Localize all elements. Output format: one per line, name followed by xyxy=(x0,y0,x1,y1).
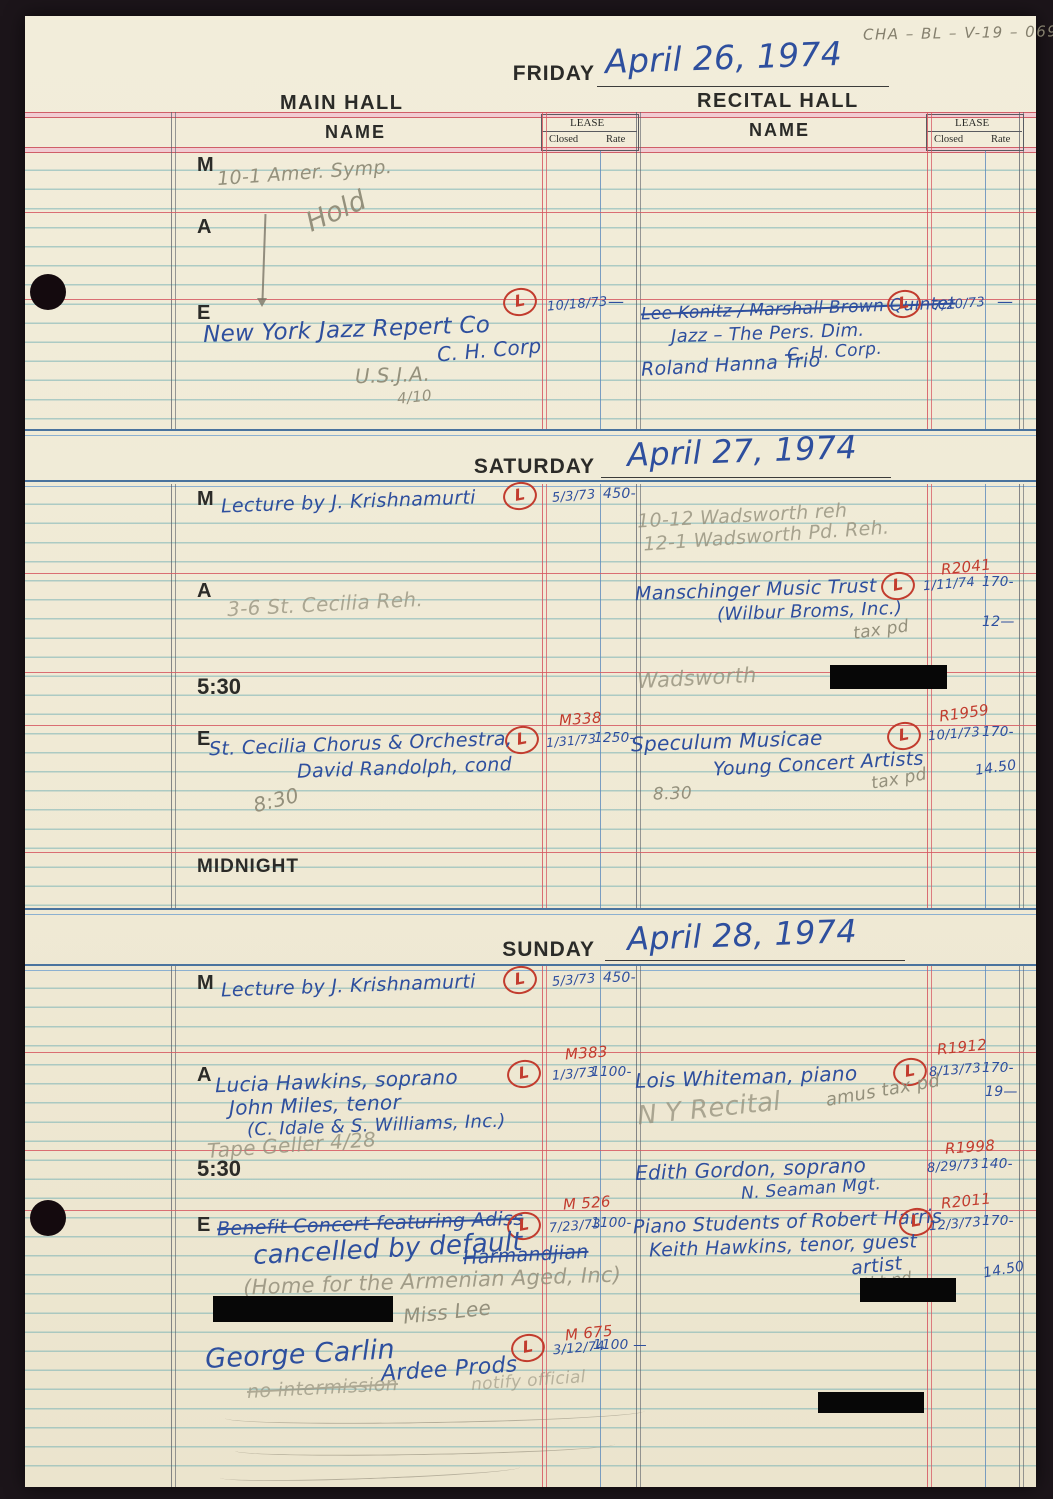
row-separator xyxy=(25,1150,1036,1151)
lease-label-main: LEASE xyxy=(570,117,604,129)
column-line xyxy=(636,112,641,429)
rate-label-main: Rate xyxy=(606,134,625,145)
entry-sat-recital-a-extra: 12— xyxy=(982,614,1015,630)
date-sunday: April 28, 1974 xyxy=(626,912,857,958)
lease-rate-sun-recital-e: 170- xyxy=(982,1213,1014,1229)
hole-punch xyxy=(30,274,66,310)
row-separator xyxy=(25,852,1036,853)
row-label-m: M xyxy=(197,972,214,995)
lease-rate-sat-recital-a: 170- xyxy=(982,574,1014,590)
lease-box-divider xyxy=(926,131,1022,132)
row-separator xyxy=(25,212,1036,213)
row-separator xyxy=(25,573,1036,574)
column-line xyxy=(636,484,641,908)
date-underline xyxy=(601,477,891,478)
closed-label-recital: Closed xyxy=(934,134,963,145)
closed-label-main: Closed xyxy=(549,134,578,145)
name-header-recital: NAME xyxy=(749,120,810,141)
ruled-lines xyxy=(25,486,1036,908)
day-title-saturday: SATURDAY xyxy=(420,455,595,479)
closed-rate-divider xyxy=(985,151,986,429)
lease-column-line xyxy=(927,112,932,429)
redaction-bar xyxy=(830,665,947,689)
rate-label-recital: Rate xyxy=(991,134,1010,145)
name-header-main: NAME xyxy=(325,122,386,143)
redaction-bar xyxy=(860,1278,956,1302)
redaction-bar xyxy=(213,1296,393,1322)
date-underline xyxy=(605,960,905,961)
redaction-bar xyxy=(818,1392,924,1413)
lease-rate-friday-recital: — xyxy=(997,292,1013,311)
lease-rate-sun-recital-a: 170- xyxy=(982,1060,1014,1076)
margin-column-line xyxy=(171,484,176,908)
lease-rate-sat-main-m: 450- xyxy=(603,486,636,502)
row-label-a: A xyxy=(197,1064,211,1087)
row-label-a: A xyxy=(197,216,211,239)
column-line xyxy=(1019,484,1024,908)
date-underline xyxy=(597,86,889,87)
lease-column-line xyxy=(542,484,547,908)
entry-sun-recital-a-rate2: 19— xyxy=(985,1084,1018,1100)
booking-code-sat-main-e: M338 xyxy=(558,709,602,730)
lease-label-recital: LEASE xyxy=(955,117,989,129)
booking-code-sun-recital-530: R1998 xyxy=(944,1136,995,1157)
lease-box-divider xyxy=(541,131,637,132)
lease-rate-sun-main-e2: 1100 — xyxy=(593,1337,647,1353)
lease-column-line xyxy=(927,484,932,908)
margin-column-line xyxy=(171,966,176,1487)
section-separator xyxy=(25,908,1036,915)
lease-rate-sun-main-e: 1100- xyxy=(591,1215,632,1231)
date-friday: April 26, 1974 xyxy=(604,34,842,81)
lease-rate-sat-main-e: 1250- xyxy=(594,730,635,746)
entry-friday-main-e-note1: U.S.J.A. xyxy=(355,362,431,389)
lease-rate-sat-recital-e: 170- xyxy=(982,724,1014,740)
row-label-m: M xyxy=(197,154,214,177)
section-separator xyxy=(25,429,1036,436)
row-separator xyxy=(25,1052,1036,1053)
row-separator xyxy=(25,725,1036,726)
booking-code-sun-main-a: M383 xyxy=(564,1043,608,1064)
margin-column-line xyxy=(171,112,176,429)
closed-rate-divider xyxy=(600,151,601,429)
row-label-530: 5:30 xyxy=(197,674,241,700)
row-label-e: E xyxy=(197,1214,210,1237)
closed-rate-divider xyxy=(600,484,601,908)
lease-rate-sun-main-m: 450- xyxy=(603,970,636,986)
booking-code-sun-main-e: M 526 xyxy=(562,1192,611,1213)
header-band xyxy=(25,112,1036,118)
day-title-sunday: SUNDAY xyxy=(445,938,595,962)
scanned-ledger-photo: { "archive_code": "CHA – BL – V-19 – 069… xyxy=(0,0,1053,1499)
row-label-m: M xyxy=(197,488,214,511)
archive-code: CHA – BL – V-19 – 069 xyxy=(863,22,1053,43)
entry-sat-recital-e-time: 8.30 xyxy=(653,783,693,804)
pencil-arrowhead xyxy=(257,298,267,307)
row-label-a: A xyxy=(197,580,211,603)
closed-rate-divider xyxy=(985,484,986,908)
entry-friday-main-e-note2: 4/10 xyxy=(396,386,433,408)
day-title-friday: FRIDAY xyxy=(445,62,595,86)
hole-punch xyxy=(30,1200,66,1236)
col-header-recital-hall: RECITAL HALL xyxy=(697,90,859,113)
ledger-page: CHA – BL – V-19 – 069 FRIDAY April 26, 1… xyxy=(25,16,1036,1487)
date-saturday: April 27, 1974 xyxy=(626,428,857,474)
column-line xyxy=(1019,112,1024,429)
lease-rate-sun-main-a: 1100- xyxy=(591,1064,632,1080)
column-line xyxy=(1019,966,1024,1487)
row-label-midnight: MIDNIGHT xyxy=(197,856,299,878)
lease-rate-friday-main: — xyxy=(608,292,624,311)
lease-rate-sun-recital-530: 140- xyxy=(981,1156,1013,1172)
lease-column-line xyxy=(542,112,547,429)
